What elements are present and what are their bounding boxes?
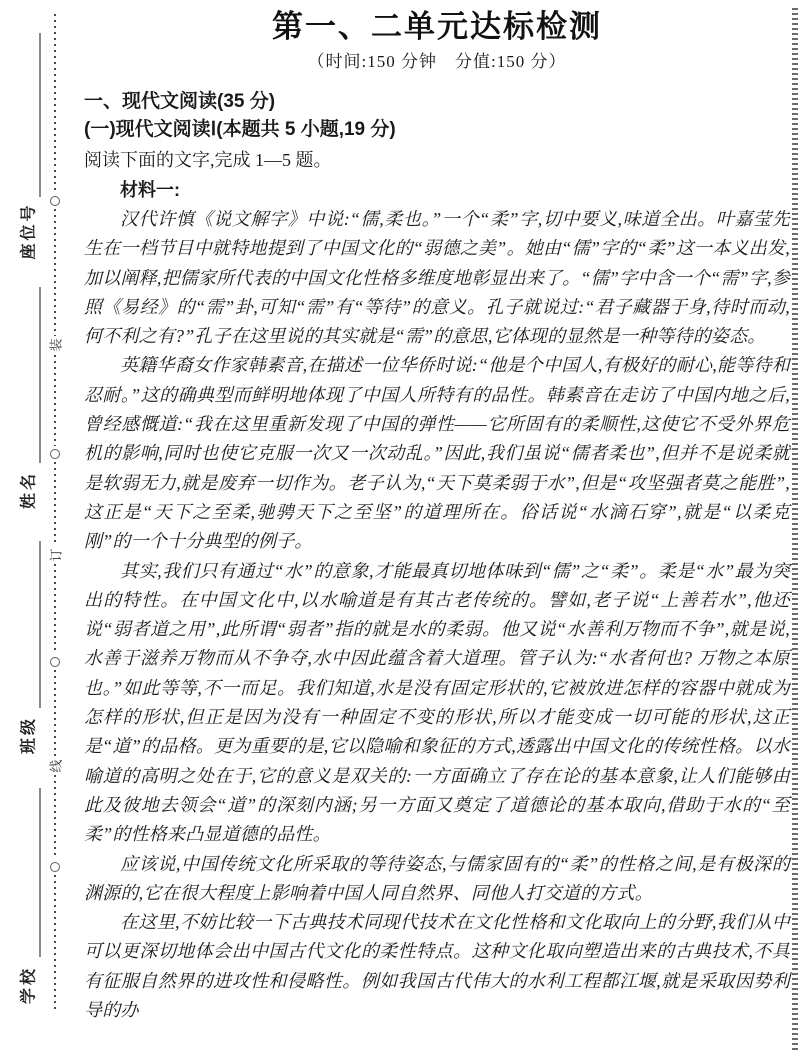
passage-paragraph: 英籍华裔女作家韩素音,在描述一位华侨时说:“他是个中国人,有极好的耐心,能等待和… <box>84 351 790 556</box>
name-label: 姓名 <box>16 471 39 509</box>
binding-dotted-line <box>54 775 56 859</box>
subsection-heading: (一)现代文阅读Ⅰ(本题共 5 小题,19 分) <box>84 115 790 145</box>
binding-dotted-line <box>54 14 56 193</box>
seat-number-label: 座位号 <box>16 202 39 259</box>
name-blank-line <box>39 287 41 463</box>
binding-hole-icon <box>50 657 60 667</box>
binding-hole-icon <box>50 449 60 459</box>
reading-passage: 汉代许慎《说文解字》中说:“儒,柔也。”一个“柔”字,切中要义,味道全出。叶嘉莹… <box>84 205 790 1025</box>
class-label: 班级 <box>16 716 39 754</box>
passage-paragraph: 其实,我们只有通过“水”的意象,才能最真切地体味到“儒”之“柔”。柔是“水”最为… <box>84 557 790 850</box>
passage-paragraph: 在这里,不妨比较一下古典技术同现代技术在文化性格和文化取向上的分野,我们从中可以… <box>84 908 790 1025</box>
binding-dotted-line <box>54 670 56 757</box>
passage-paragraph: 汉代许慎《说文解字》中说:“儒,柔也。”一个“柔”字,切中要义,味道全出。叶嘉莹… <box>84 205 790 351</box>
page-edge-perforation <box>792 8 798 1050</box>
binding-dotted-line <box>54 564 56 654</box>
page-title: 第一、二单元达标检测 <box>84 5 790 49</box>
reading-instruction: 阅读下面的文字,完成 1—5 题。 <box>84 145 790 175</box>
exam-content: 第一、二单元达标检测 （时间:150 分钟 分值:150 分） 一、现代文阅读(… <box>84 0 790 1025</box>
school-blank-line <box>39 788 41 957</box>
binding-dotted-line <box>54 355 56 446</box>
section-heading: 一、现代文阅读(35 分) <box>84 88 790 115</box>
passage-paragraph: 应该说,中国传统文化所采取的等待姿态,与儒家固有的“柔”的性格之间,是有极深的渊… <box>84 850 790 909</box>
binding-char-zhuang: 装 <box>46 338 65 351</box>
exam-paper-page: 座位号 姓名 班级 学校 装 订 线 第一、二单元达标检测 （时间:150 分钟… <box>0 0 800 1059</box>
class-blank-line <box>39 541 41 708</box>
binding-dotted-line <box>54 875 56 1013</box>
binding-hole-icon <box>50 862 60 872</box>
material-one-label: 材料一: <box>84 175 790 205</box>
binding-dotted-line <box>54 462 56 546</box>
binding-hole-icon <box>50 196 60 206</box>
seat-number-blank-line <box>39 33 41 197</box>
binding-dotted-line <box>54 209 56 336</box>
exam-time-score-meta: （时间:150 分钟 分值:150 分） <box>84 49 790 75</box>
binding-char-ding: 订 <box>46 548 65 561</box>
binding-char-xian: 线 <box>46 759 65 772</box>
school-label: 学校 <box>16 966 39 1004</box>
